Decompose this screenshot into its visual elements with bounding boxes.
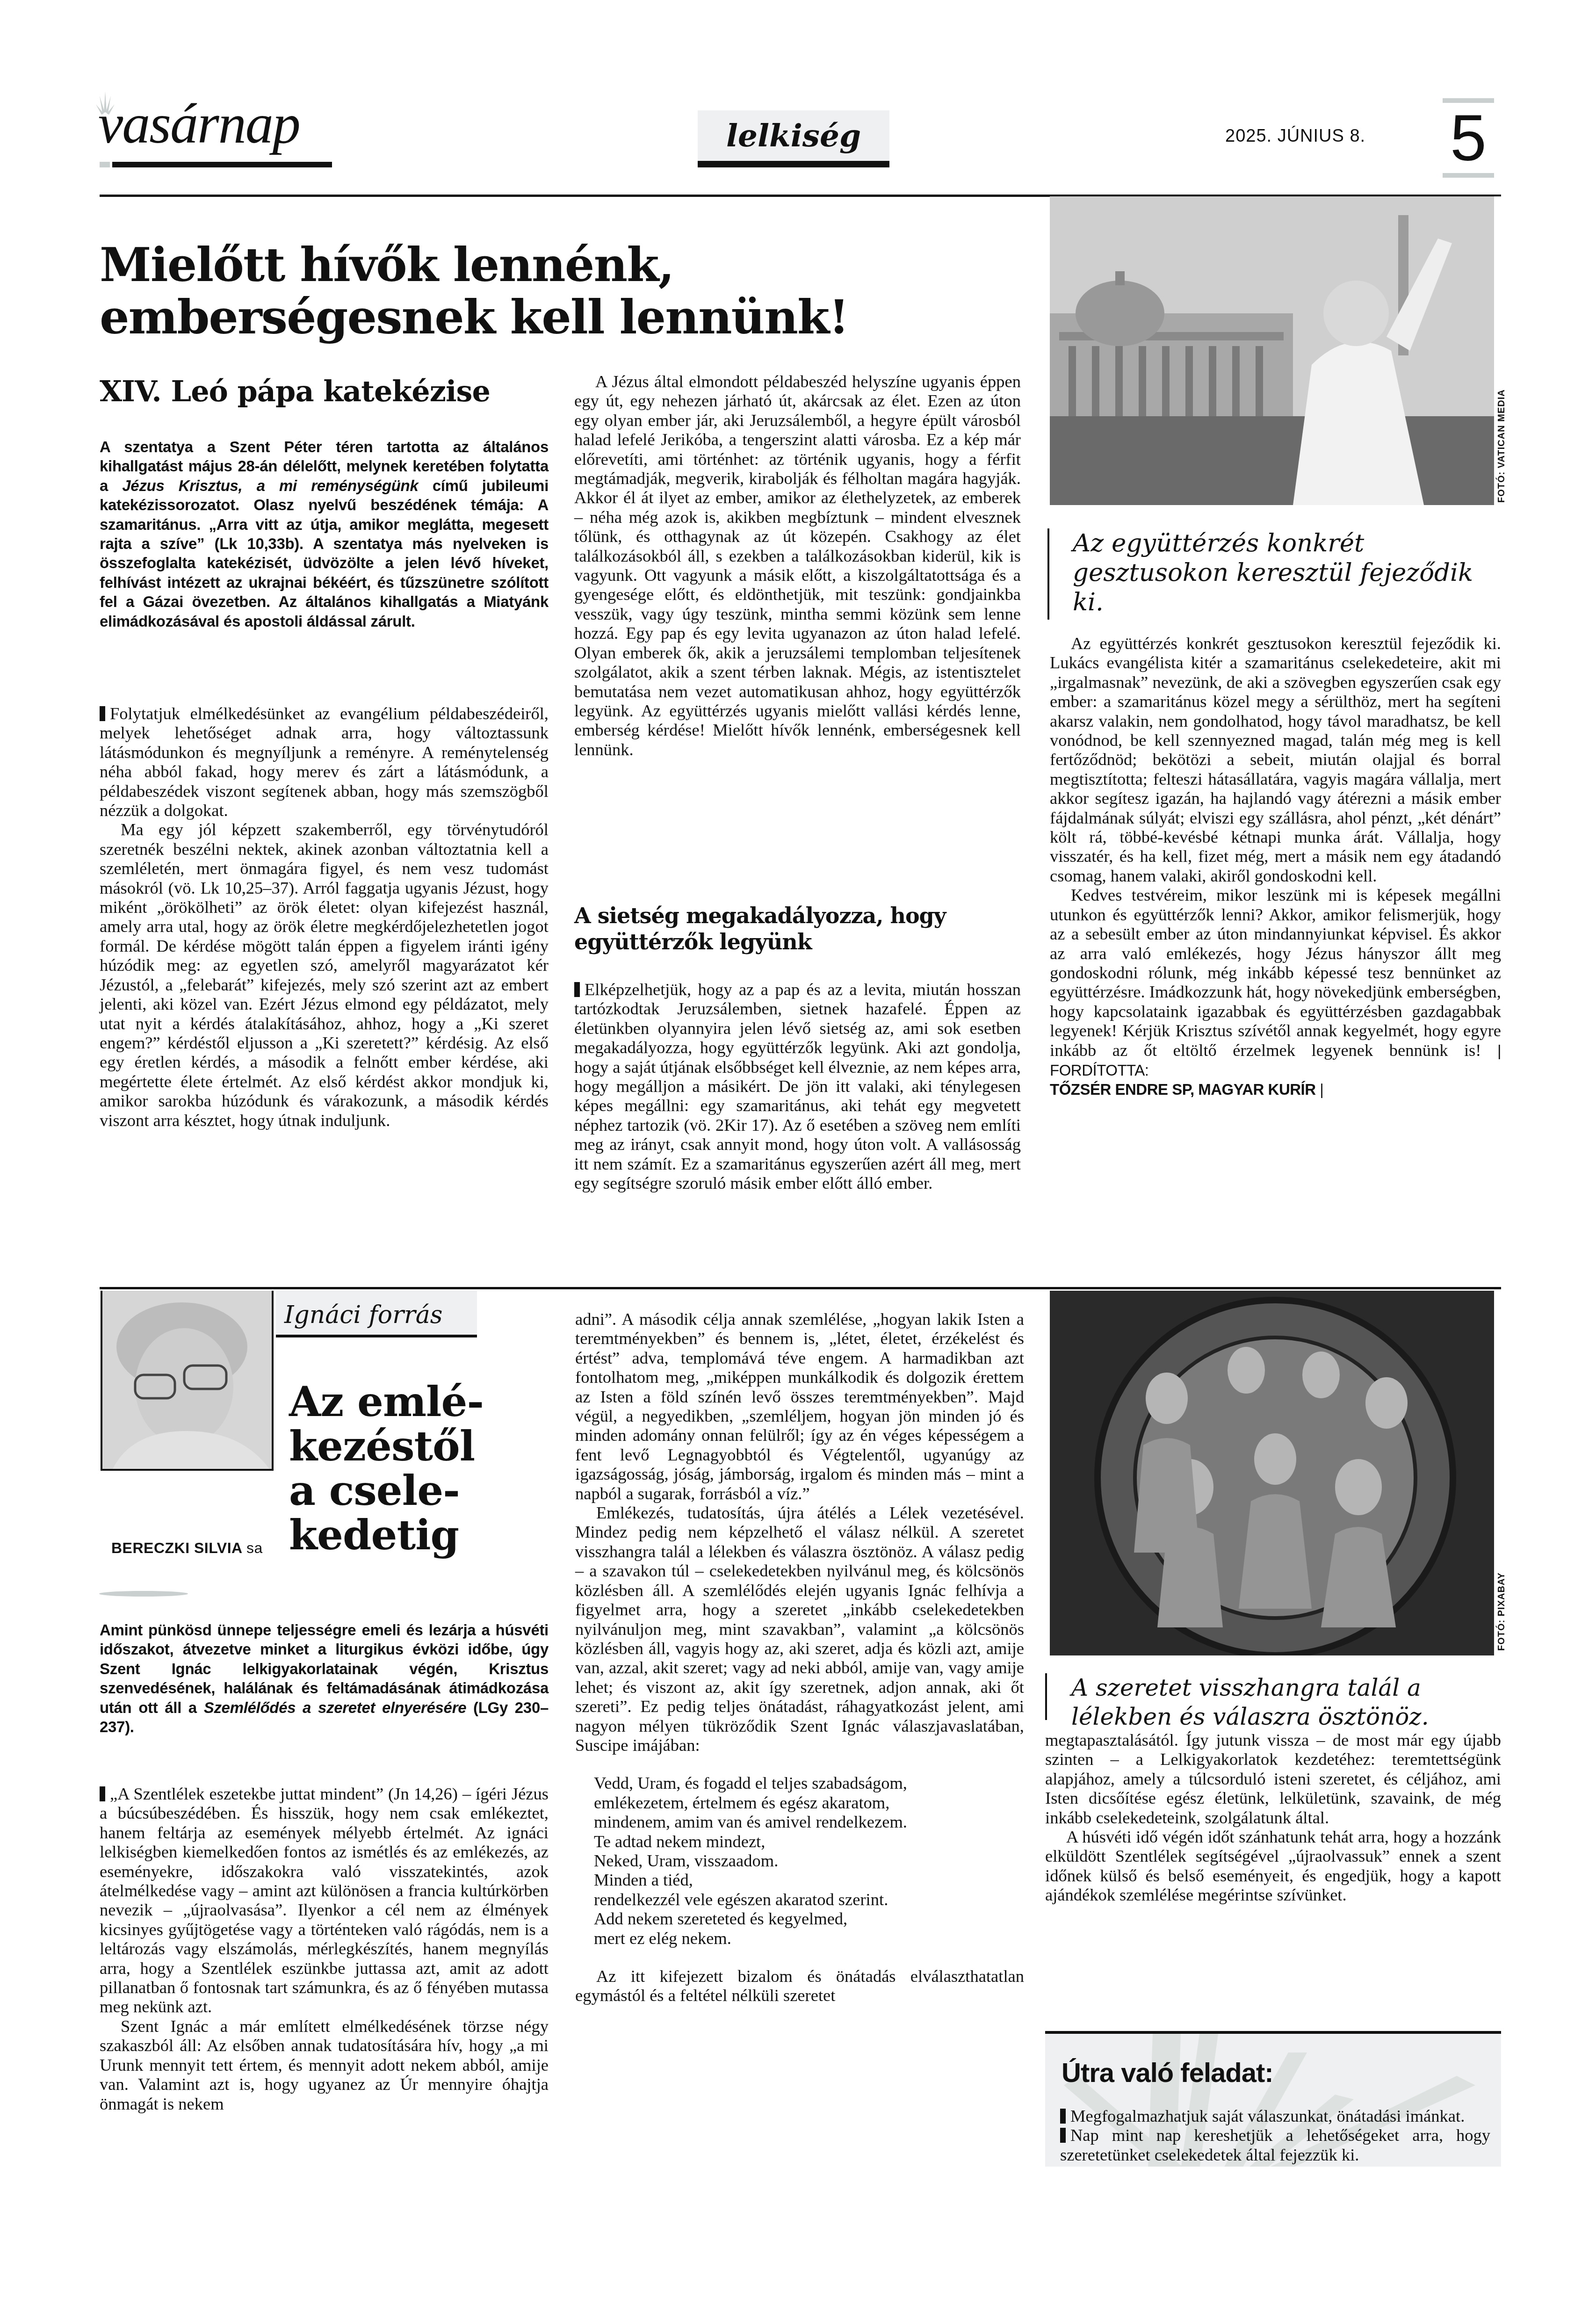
logo-underline-accent <box>100 162 110 167</box>
issue-date: 2025. JÚNIUS 8. <box>1225 126 1365 146</box>
paragraph: Emlékezés, tudatosítás, újra átélés a Lé… <box>575 1503 1024 1755</box>
paragraph: „A Szentlélek eszetekbe juttat mindent” … <box>100 1784 549 2016</box>
article-title-line-1: Mielőtt hívők lennénk, <box>100 239 988 291</box>
article-column-2-continued: Elképzelhetjük, hogy az a pap és az a le… <box>574 980 1021 1193</box>
article-subtitle: XIV. Leó pápa katekézise <box>100 374 490 408</box>
title-line: Az emlé- <box>289 1380 485 1424</box>
title-line: kezéstől <box>289 1424 485 1468</box>
page-number: 5 <box>1443 98 1494 178</box>
paragraph: Elképzelhetjük, hogy az a pap és az a le… <box>574 980 1021 1193</box>
prayer-line: Add nekem szereteted és kegyelmed, <box>594 1909 1024 1928</box>
prayer-line: rendelkezzél vele egészen akaratod szeri… <box>594 1890 1024 1909</box>
paragraph: Az itt kifejezett bizalom és önátadás el… <box>575 1966 1024 2005</box>
article-title: Mielőtt hívők lennénk, emberségesnek kel… <box>100 239 988 343</box>
article-column-3: Az együttérzés konkrét gesztusokon keres… <box>1050 634 1501 1099</box>
article-column-1: Folytatjuk elmélkedésünket az evangélium… <box>100 704 549 1130</box>
section-label: lelkiség <box>698 110 889 167</box>
article-lead: A szentatya a Szent Péter téren tartotta… <box>100 437 549 631</box>
pentecost-window-image <box>1050 1291 1501 1655</box>
translator-credit: TŐZSÉR ENDRE SP, MAGYAR KURÍR | <box>1050 1080 1501 1099</box>
prayer-line: mert ez elég nekem. <box>594 1929 1024 1948</box>
author-name: BERECZKI SILVIA sa <box>111 1539 263 1557</box>
article-subheading: A sietség megakadályozza, hogy együttérz… <box>574 903 1021 955</box>
article-2-title: Az emlé- kezéstől a csele- kedetig <box>289 1380 485 1557</box>
task-box: Útra való feladat: Megfogalmazhatjuk saj… <box>1045 2031 1501 2167</box>
paragraph-marker-icon <box>574 982 580 997</box>
photo-credit: FOTÓ: PIXABAY <box>1496 1572 1507 1651</box>
author-portrait <box>101 1291 274 1471</box>
paragraph: adni”. A második célja annak szemlélése,… <box>575 1309 1024 1503</box>
paragraph: Az együttérzés konkrét gesztusokon keres… <box>1050 634 1501 885</box>
task-bullet-icon <box>1060 2109 1066 2124</box>
paragraph: Szent Ignác a már említett elmélkedéséne… <box>100 2016 549 2113</box>
pull-quote: Az együttérzés konkrét gesztusokon keres… <box>1047 528 1496 620</box>
paragraph: megtapasztalásától. Így jutunk vissza – … <box>1045 1730 1501 1827</box>
task-list: Megfogalmazhatjuk saját válaszunkat, öná… <box>1060 2106 1490 2164</box>
title-line: a csele- <box>289 1468 485 1513</box>
paragraph: Kedves testvéreim, mikor leszünk mi is k… <box>1050 885 1501 1080</box>
column-label: Ignáci forrás <box>284 1301 443 1329</box>
prayer-line: Neked, Uram, visszaadom. <box>594 1851 1024 1870</box>
prayer-line: mindenem, amim van és amivel rendelkezem… <box>594 1812 1024 1831</box>
author-portrait-image <box>102 1291 274 1471</box>
paragraph-marker-icon <box>100 1786 105 1801</box>
st-peters-square-image <box>1050 196 1501 505</box>
article-2-column-3: megtapasztalásától. Így jutunk vissza – … <box>1045 1730 1501 1905</box>
paragraph: A húsvéti idő végén időt szánhatunk tehá… <box>1045 1827 1501 1905</box>
pull-quote: A szeretet visszhangra talál a lélekben … <box>1045 1673 1499 1720</box>
newspaper-logo: vasárnap <box>98 96 300 152</box>
article-title-line-2: emberségesnek kell lennünk! <box>100 291 988 343</box>
pope-photo <box>1050 196 1501 505</box>
prayer-line: Te adtad nekem mindezt, <box>594 1832 1024 1851</box>
suscipe-prayer: Vedd, Uram, és fogadd el teljes szabadsá… <box>575 1773 1024 1948</box>
task-box-title: Útra való feladat: <box>1062 2057 1273 2089</box>
photo-credit: FOTÓ: VATICAN MEDIA <box>1496 389 1507 503</box>
article-2-lead: Amint pünkösd ünnepe teljességre emeli é… <box>100 1620 549 1736</box>
prayer-line: emlékezetem, értelmem és egész akaratom, <box>594 1793 1024 1812</box>
task-item: Megfogalmazhatjuk saját válaszunkat, öná… <box>1060 2106 1490 2125</box>
title-line: kedetig <box>289 1513 485 1557</box>
article-2-column-2: adni”. A második célja annak szemlélése,… <box>575 1309 1024 2005</box>
task-item: Nap mint nap kereshetjük a lehetőségeket… <box>1060 2125 1490 2164</box>
article-column-2: A Jézus által elmondott példabeszéd hely… <box>574 372 1021 759</box>
author-underline <box>99 1591 188 1597</box>
section-divider <box>100 1287 1501 1289</box>
task-bullet-icon <box>1060 2128 1066 2143</box>
article-2-column-1: „A Szentlélek eszetekbe juttat mindent” … <box>100 1784 549 2113</box>
paragraph: Ma egy jól képzett szakemberről, egy tör… <box>100 820 549 1130</box>
paragraph-marker-icon <box>100 706 105 721</box>
logo-underline <box>112 162 332 167</box>
lead-text: című jubileumi katekézissorozatot. Olasz… <box>100 477 549 630</box>
prayer-line: Minden a tiéd, <box>594 1870 1024 1889</box>
lead-series-title: Jézus Krisztus, a mi reménységünk <box>122 477 418 494</box>
lead-work-title: Szemlélődés a szeretet elnyerésére <box>204 1699 467 1716</box>
paragraph: A Jézus által elmondott példabeszéd hely… <box>574 372 1021 759</box>
stained-glass-image <box>1050 1291 1501 1655</box>
paragraph: Folytatjuk elmélkedésünket az evangélium… <box>100 704 549 820</box>
prayer-line: Vedd, Uram, és fogadd el teljes szabadsá… <box>594 1773 1024 1792</box>
